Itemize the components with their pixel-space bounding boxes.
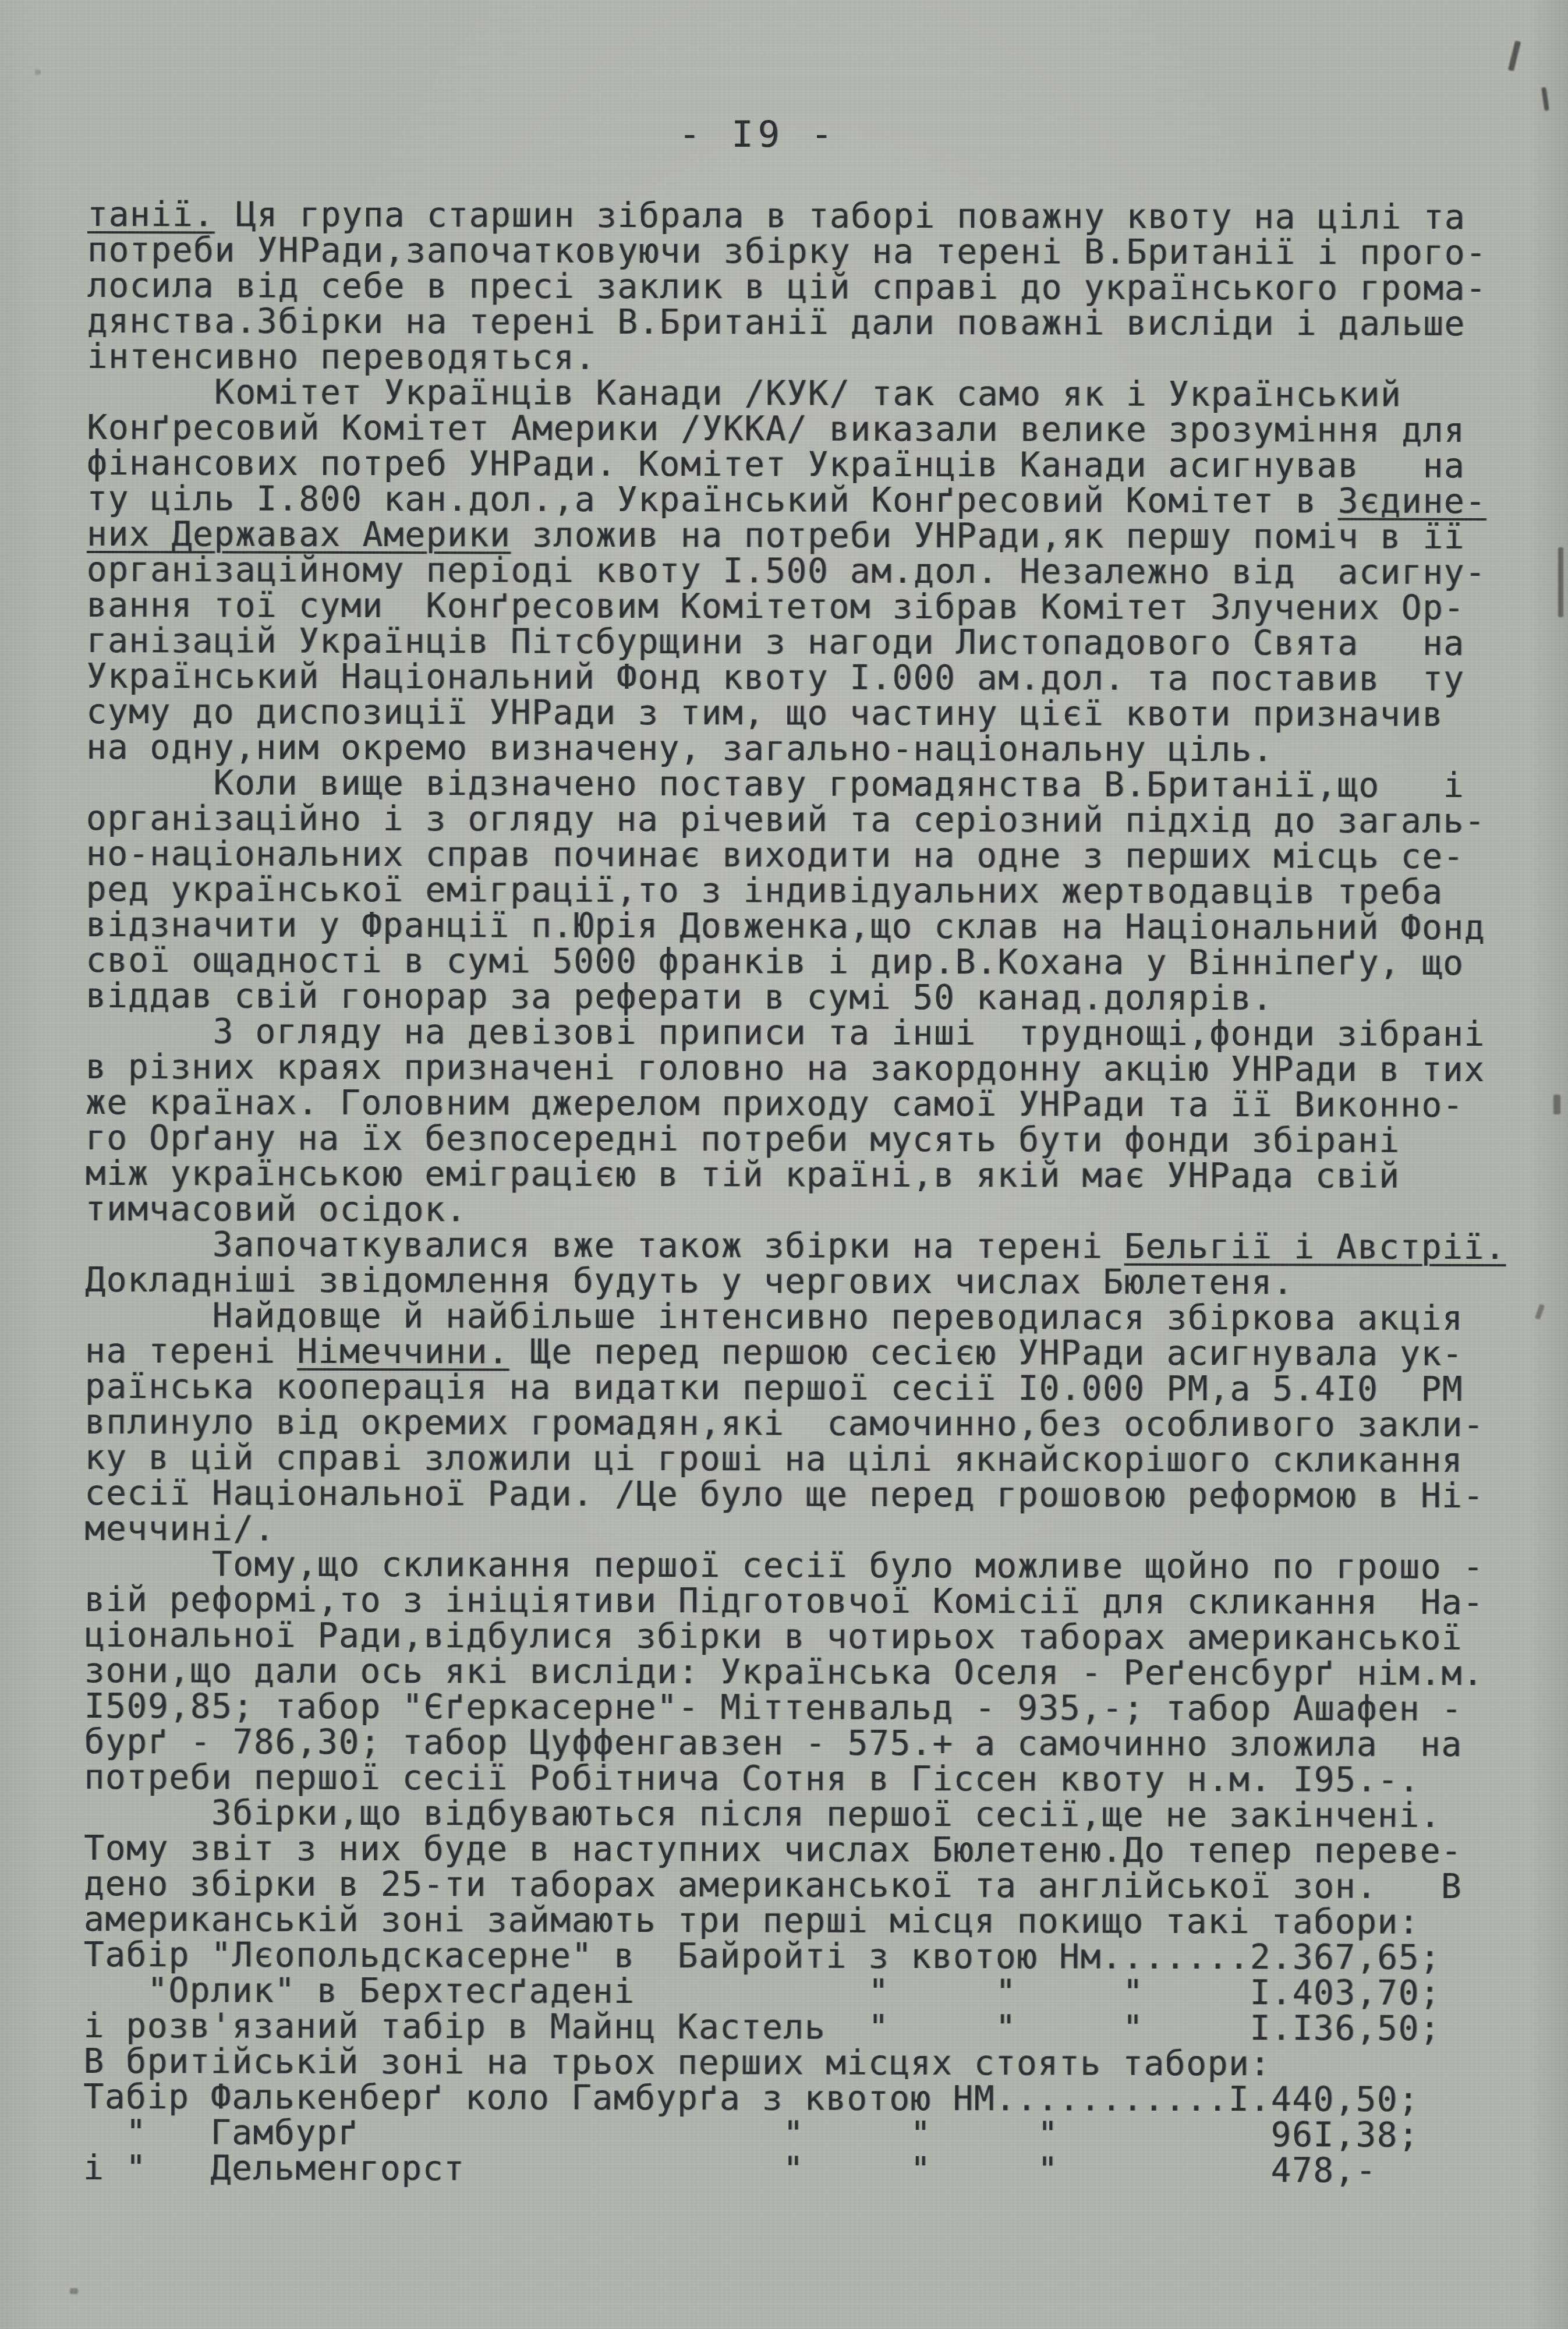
document-line: Комітет Українців Канади /КУК/ так само …: [87, 374, 1538, 413]
document-line: Збірки,що відбуваються після першої сесі…: [84, 1795, 1535, 1834]
document-line: же країнах. Головним джерелом приходу са…: [86, 1085, 1537, 1123]
scan-artifact: [1508, 41, 1521, 72]
document-line: вій реформі,то з ініціятиви Підготовчої …: [84, 1582, 1536, 1620]
underlined-text: Зєдине-: [1338, 481, 1486, 521]
document-line: свої ощадності в сумі 5000 франків і дир…: [86, 943, 1537, 981]
document-line: інтенсивно переводяться.: [87, 339, 1538, 377]
document-line: американській зоні займають три перші мі…: [84, 1902, 1535, 1940]
scan-artifact: [1558, 547, 1563, 617]
document-line: на терені Німеччини. Ще перед першою сес…: [85, 1333, 1537, 1372]
document-line: в різних краях призначені головно на зак…: [86, 1049, 1537, 1088]
document-line: організаційно і з огляду на річевий та с…: [86, 801, 1538, 839]
document-line: і розв'язаний табір в Майнц Кастель " " …: [83, 2008, 1535, 2047]
document-line: Докладніші звідомлення будуть у чергових…: [85, 1262, 1537, 1301]
document-line: віддав свій гонорар за реферати в сумі 5…: [86, 978, 1537, 1017]
document-line: тимчасовий осідок.: [85, 1191, 1537, 1230]
document-line: Започаткувалися вже також збірки на тере…: [85, 1227, 1537, 1265]
document-line: бурґ - 786,30; табор Цуффенгавзен - 575.…: [84, 1724, 1535, 1762]
document-line: ціональної Ради,відбулися збірки в чотир…: [84, 1617, 1536, 1656]
scan-artifact: [35, 70, 41, 75]
document-line: танії. Ця група старшин зібрала в таборі…: [87, 197, 1539, 235]
document-line: ту ціль І.800 кан.дол.,а Український Кон…: [87, 481, 1538, 519]
text-segment: і " Дельменгорст " " " 478,-: [83, 2148, 1377, 2190]
underlined-text: танії.: [87, 194, 215, 234]
document-line: раїнська кооперація на видатки першої се…: [85, 1369, 1537, 1407]
document-line: но-національних справ починає виходити н…: [86, 836, 1538, 875]
document-line: Конґресовий Комітет Америки /УККА/ виказ…: [87, 410, 1538, 448]
document-line: Найдовще й найбільше інтенсивно переводи…: [85, 1298, 1537, 1336]
document-line: Тому,що скликання першої сесії було можл…: [84, 1546, 1536, 1585]
text-segment: тимчасовий осідок.: [85, 1189, 467, 1229]
document-line: між українською еміграцією в тій країні,…: [85, 1156, 1537, 1194]
document-line: потреби першої сесії Робітнича Сотня в Г…: [84, 1760, 1535, 1798]
document-line: організаційному періоді квоту І.500 ам.д…: [87, 552, 1538, 590]
document-line: потреби УНРади,започатковуючи збірку на …: [87, 232, 1539, 271]
document-line: ку в цій справі зложили ці гроші на цілі…: [84, 1440, 1536, 1478]
document-line: зони,що дали ось які висліди: Українська…: [84, 1653, 1536, 1691]
document-line: фінансових потреб УНРади. Комітет Україн…: [87, 445, 1538, 484]
document-line: меччині/.: [84, 1511, 1536, 1549]
document-line: на одну,ним окремо визначену, загально-н…: [86, 730, 1538, 768]
scan-artifact: [70, 2288, 78, 2294]
document-line: ганізацій Українців Пітсбурщини з нагоди…: [86, 623, 1538, 661]
document-line: "Орлик" в Берхтесґадені " " " І.403,70;: [83, 1973, 1535, 2011]
document-line: З огляду на девізові приписи та інші тру…: [86, 1014, 1537, 1052]
underlined-text: них Державах Америки: [87, 514, 511, 555]
document-line: В бритійській зоні на трьох перших місця…: [83, 2044, 1535, 2082]
document-line: Український Національний Фонд квоту І.00…: [86, 659, 1538, 697]
document-line: сесії Національної Ради. /Це було ще пер…: [84, 1475, 1536, 1514]
document-line: вання тої суми Конґресовим Комітетом зіб…: [86, 587, 1538, 626]
document-line: ред української еміграції,то з індивідуа…: [86, 872, 1537, 910]
document-line: І509,85; табор "Єґеркасерне"- Міттенваль…: [84, 1689, 1536, 1727]
scan-artifact: [1553, 1095, 1560, 1114]
document-line: дено збірки в 25-ти таборах американсько…: [84, 1866, 1535, 1905]
document-line: відзначити у Франції п.Юрія Довженка,що …: [86, 907, 1537, 946]
document-page: - І9 - танії. Ця група старшин зібрала в…: [0, 0, 1568, 2329]
text-segment: меччині/.: [84, 1509, 275, 1549]
document-line: і " Дельменгорст " " " 478,-: [83, 2150, 1535, 2189]
text-segment: сесії Національної Ради. /Це було ще пер…: [84, 1473, 1484, 1516]
scan-artifact: [1541, 87, 1549, 111]
document-line: Табір "Лєопольдскасерне" в Байройті з кв…: [84, 1937, 1535, 1976]
document-text: танії. Ця група старшин зібрала в таборі…: [83, 197, 1539, 2189]
document-line: вплинуло від окремих громадян,які самочи…: [85, 1404, 1537, 1443]
document-line: дянства.Збірки на терені В.Британії дали…: [87, 303, 1538, 342]
document-line: " Гамбурґ " " " 96І,38;: [83, 2115, 1535, 2153]
document-line: Коли вище відзначено поставу громадянств…: [86, 765, 1538, 804]
underlined-text: Німеччини.: [297, 1332, 509, 1372]
text-segment: інтенсивно переводяться.: [87, 337, 596, 377]
document-line: Табір Фалькенберґ коло Гамбурґа з квотою…: [83, 2079, 1535, 2118]
text-segment: на терені: [85, 1331, 297, 1371]
document-line: суму до диспозиції УНРади з тим, що част…: [86, 694, 1538, 732]
page-number: - І9 -: [0, 116, 1542, 153]
document-line: го Орґану на їх безпосередні потреби мус…: [86, 1120, 1537, 1159]
document-line: них Державах Америки зложив на потреби У…: [87, 516, 1538, 555]
document-line: Тому звіт з них буде в наступних числах …: [84, 1831, 1535, 1869]
underlined-text: Бельгії і Австрії.: [1124, 1227, 1506, 1267]
document-line: лосила від себе в пресі заклик в цій спр…: [87, 268, 1539, 306]
